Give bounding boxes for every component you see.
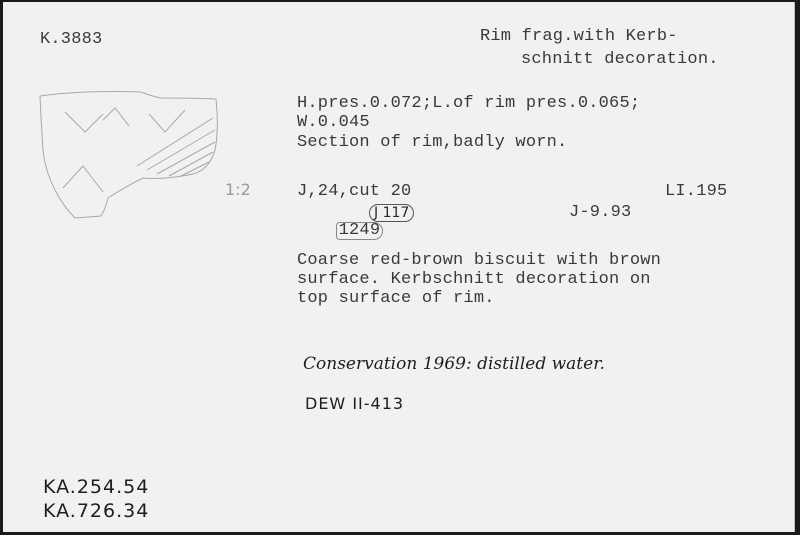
boxed-number: 1249	[336, 222, 384, 240]
conservation-note: Conservation 1969: distilled water.	[303, 354, 605, 374]
dew-reference: DEW II-413	[305, 394, 404, 413]
catalog-number: K.3883	[40, 30, 102, 49]
description-line-2: surface. Kerbschnitt decoration on	[297, 270, 651, 289]
j-reference: J-9.93	[569, 203, 631, 222]
circled-number-wrapper: J 117	[369, 204, 414, 222]
description-line-1: Coarse red-brown biscuit with brown	[297, 251, 661, 270]
catalog-card: K.3883 Rim frag.with Kerb- schnitt decor…	[3, 2, 795, 532]
inventory-reference: LI.195	[665, 182, 727, 201]
ka-reference-2: KA.726.34	[43, 500, 149, 522]
title-line-1: Rim frag.with Kerb-	[480, 27, 678, 46]
circled-number: J 117	[369, 204, 414, 222]
dimensions-line-1: H.pres.0.072;L.of rim pres.0.065;	[297, 94, 640, 113]
pottery-rim-fragment-drawing-icon	[33, 90, 228, 220]
description-line-3: top surface of rim.	[297, 289, 495, 308]
scale-note: 1:2	[225, 180, 251, 199]
dimensions-line-2: W.0.045	[297, 113, 370, 132]
condition-note: Section of rim,badly worn.	[297, 133, 567, 152]
title-line-2: schnitt decoration.	[521, 50, 719, 69]
excavation-context: J,24,cut 20	[297, 182, 411, 201]
ka-reference-1: KA.254.54	[43, 476, 149, 498]
